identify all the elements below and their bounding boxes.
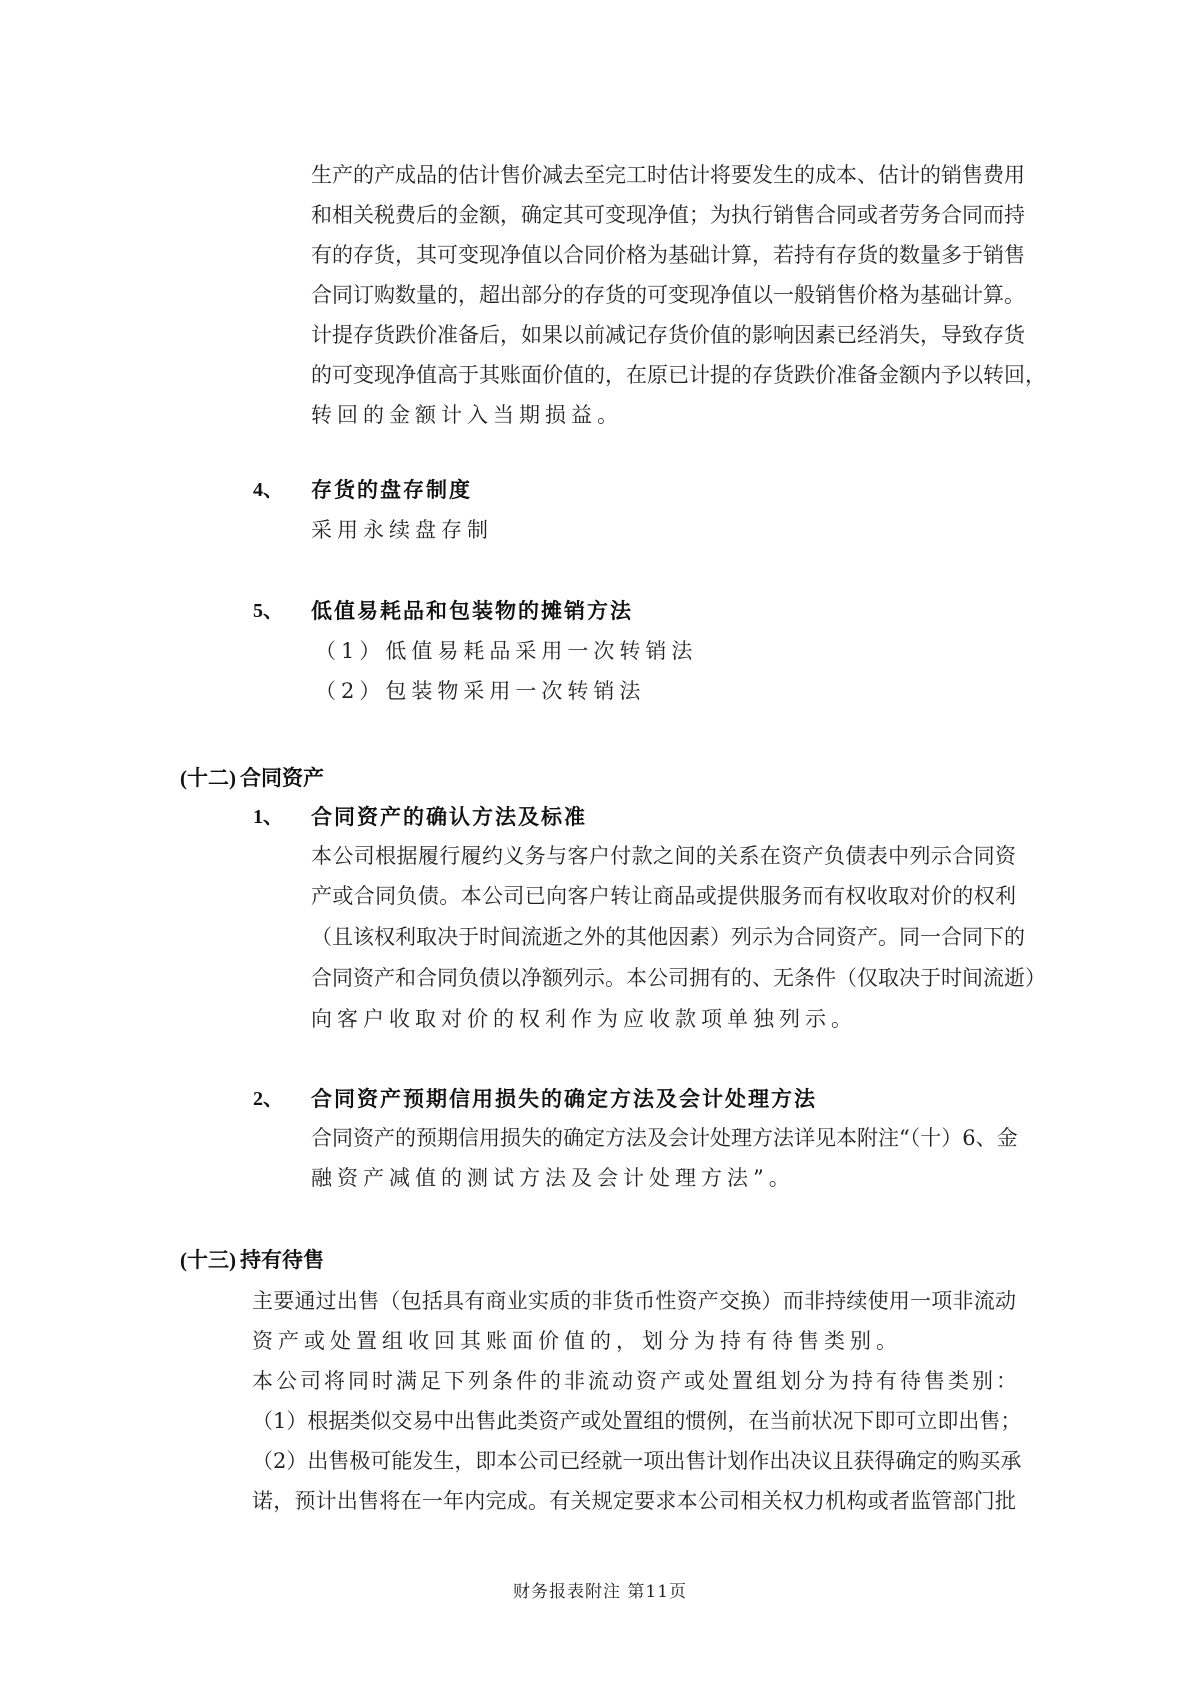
paragraph-line: 合同资产和合同负债以净额列示。本公司拥有的、无条件（仅取决于时间流逝） — [311, 964, 1016, 992]
paragraph-line: 和相关税费后的金额，确定其可变现净值；为执行销售合同或者劳务合同而持 — [311, 201, 1016, 229]
item-number: 1、 — [253, 803, 283, 831]
page-number: 第11页 — [627, 1582, 687, 1602]
section-title: 合同资产 — [240, 766, 324, 790]
paragraph-line: 合同资产的预期信用损失的确定方法及会计处理方法详见本附注“（十）6、金 — [311, 1124, 1016, 1152]
paragraph-line: 主要通过出售（包括具有商业实质的非货币性资产交换）而非持续使用一项非流动 — [252, 1287, 1016, 1315]
paragraph-line: 诺，预计出售将在一年内完成。有关规定要求本公司相关权力机构或者监管部门批 — [252, 1487, 1016, 1515]
item-number: 2、 — [253, 1085, 283, 1113]
item-heading: 低值易耗品和包装物的摊销方法 — [311, 597, 633, 625]
paragraph-line: 计提存货跌价准备后，如果以前减记存货价值的影响因素已经消失，导致存货 — [311, 321, 1016, 349]
page-footer: 财务报表附注 第11页 — [0, 1580, 1200, 1604]
paragraph-line: （2）出售极可能发生，即本公司已经就一项出售计划作出决议且获得确定的购买承 — [252, 1447, 1016, 1475]
paragraph-line: 本公司根据履行履约义务与客户付款之间的关系在资产负债表中列示合同资 — [311, 842, 1016, 870]
paragraph-line: 的可变现净值高于其账面价值的，在原已计提的存货跌价准备金额内予以转回， — [311, 361, 1016, 389]
paragraph-line: 转回的金额计入当期损益。 — [311, 401, 623, 429]
section-number: (十三) — [180, 1246, 240, 1274]
section-heading: (十二)合同资产 — [180, 764, 324, 792]
paragraph-line: 产或合同负债。本公司已向客户转让商品或提供服务而有权收取对价的权利 — [311, 882, 1016, 910]
item-body: 采用永续盘存制 — [311, 516, 493, 544]
paragraph-line: 有的存货，其可变现净值以合同价格为基础计算，若持有存货的数量多于销售 — [311, 241, 1016, 269]
paragraph-line: 向客户收取对价的权利作为应收款项单独列示。 — [311, 1005, 857, 1033]
paragraph-line: 生产的产成品的估计售价减去至完工时估计将要发生的成本、估计的销售费用 — [311, 161, 1016, 189]
item-heading: 合同资产预期信用损失的确定方法及会计处理方法 — [311, 1085, 817, 1113]
paragraph-line: （1）根据类似交易中出售此类资产或处置组的惯例，在当前状况下即可立即出售； — [252, 1407, 1016, 1435]
paragraph-line: 本公司将同时满足下列条件的非流动资产或处置组划分为持有待售类别： — [252, 1367, 1020, 1395]
paragraph-line: 合同订购数量的，超出部分的存货的可变现净值以一般销售价格为基础计算。 — [311, 281, 1016, 309]
paragraph-line: （且该权利取决于时间流逝之外的其他因素）列示为合同资产。同一合同下的 — [311, 923, 1016, 951]
item-heading: 合同资产的确认方法及标准 — [311, 803, 587, 831]
paragraph-line: 资产或处置组收回其账面价值的，划分为持有待售类别。 — [252, 1327, 902, 1355]
document-page: 生产的产成品的估计售价减去至完工时估计将要发生的成本、估计的销售费用 和相关税费… — [0, 0, 1200, 1696]
section-heading: (十三)持有待售 — [180, 1246, 324, 1274]
item-number: 5、 — [253, 597, 283, 625]
paragraph-line: 融资产减值的测试方法及会计处理方法”。 — [311, 1164, 795, 1192]
item-number: 4、 — [253, 476, 283, 504]
item-body-line: （2）包装物采用一次转销法 — [315, 677, 645, 705]
section-number: (十二) — [180, 764, 240, 792]
item-body-line: （1）低值易耗品采用一次转销法 — [315, 637, 697, 665]
footer-label: 财务报表附注 — [513, 1582, 621, 1602]
item-heading: 存货的盘存制度 — [311, 476, 472, 504]
section-title: 持有待售 — [240, 1248, 324, 1272]
